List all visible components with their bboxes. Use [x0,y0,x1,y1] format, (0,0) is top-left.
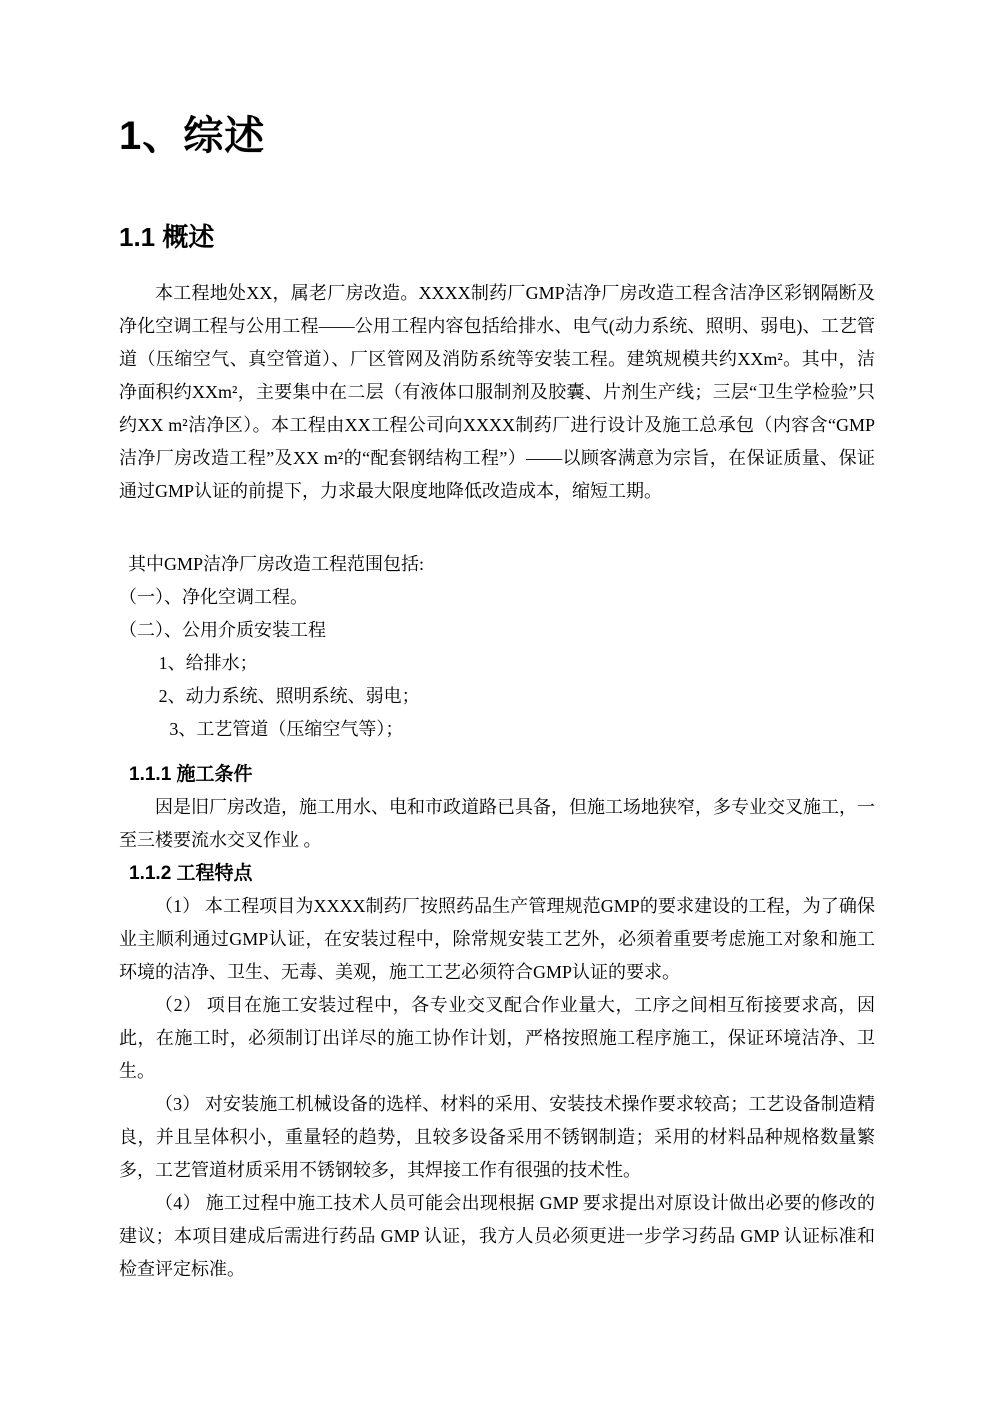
section-title-1-1-1: 1.1.1 施工条件 [129,758,875,791]
project-feature-point-2: （2） 项目在施工安装过程中，各专业交叉配合作业量大，工序之间相互衔接要求高，因… [119,989,875,1088]
overview-paragraph: 本工程地处XX，属老厂房改造。XXXX制药厂GMP洁净厂房改造工程含洁净区彩钢隔… [119,277,875,508]
scope-intro: 其中GMP洁净厂房改造工程范围包括: [128,548,875,581]
scope-sub-item-2: 2、动力系统、照明系统、弱电； [159,680,875,713]
scope-sub-item-3: 3、工艺管道（压缩空气等）； [169,713,875,746]
scope-item-1: （一）、净化空调工程。 [119,581,875,614]
project-feature-point-3: （3） 对安装施工机械设备的选样、材料的采用、安装技术操作要求较高；工艺设备制造… [119,1088,875,1187]
scope-list: 其中GMP洁净厂房改造工程范围包括: （一）、净化空调工程。 （二）、公用介质安… [119,548,875,746]
project-feature-point-1: （1） 本工程项目为XXXX制药厂按照药品生产管理规范GMP的要求建设的工程，为… [119,890,875,989]
scope-item-2: （二）、公用介质安装工程 [119,614,875,647]
project-feature-point-4: （4） 施工过程中施工技术人员可能会出现根据 GMP 要求提出对原设计做出必要的… [119,1187,875,1286]
chapter-title: 1、综述 [119,112,875,160]
section-title-1-1: 1.1 概述 [119,222,875,253]
section-title-1-1-2: 1.1.2 工程特点 [129,857,875,890]
construction-conditions-paragraph: 因是旧厂房改造，施工用水、电和市政道路已具备，但施工场地狭窄，多专业交叉施工，一… [119,791,875,857]
scope-sub-item-1: 1、给排水； [159,647,875,680]
document-page: 1、综述 1.1 概述 本工程地处XX，属老厂房改造。XXXX制药厂GMP洁净厂… [0,0,993,1404]
